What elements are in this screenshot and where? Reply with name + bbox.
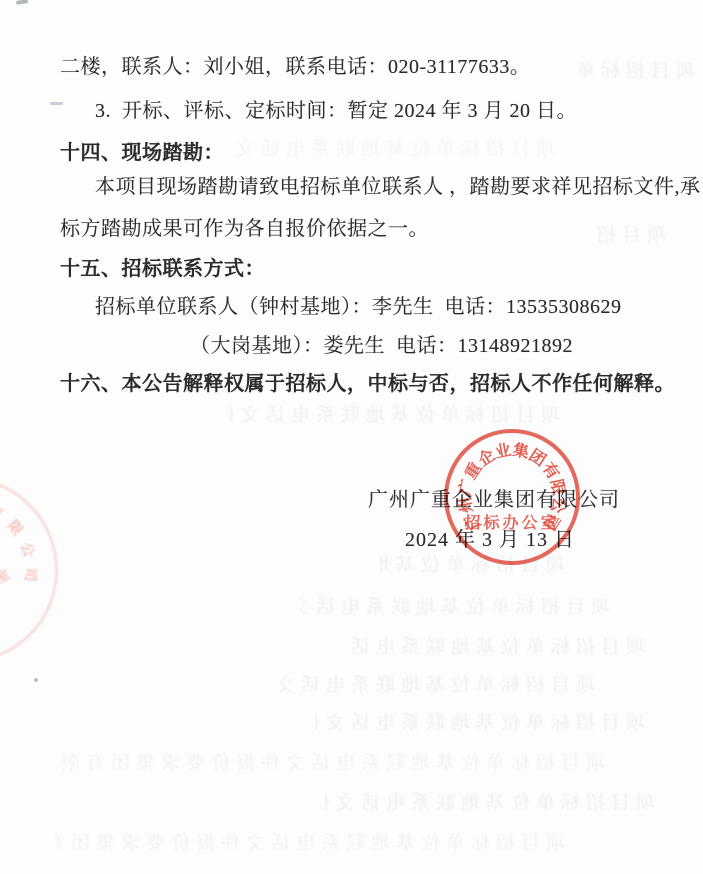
scan-artifact bbox=[16, 0, 28, 5]
section-14-heading: 十四、现场踏勘： bbox=[60, 140, 224, 166]
partial-seal-stamp: 广 州 广 重 企 业 集 团 有 限 公 司 招标办公室 bbox=[0, 444, 91, 696]
contact-address-line: 二楼，联系人：刘小姐，联系电话：020-31177633。 bbox=[60, 54, 530, 80]
site-visit-paragraph-line-2: 标方踏勘成果可作为各自报价依据之一。 bbox=[60, 216, 429, 242]
partial-seal-office-label: 招标办公室 bbox=[0, 563, 15, 617]
bleedthrough-glyphs: 项目招标单位基地联系电话文件报价要求集团有限公司 bbox=[580, 61, 695, 78]
bleedthrough-row: 项目招标单位基地联系电话文件报价要求集团有限公司 bbox=[325, 788, 655, 810]
bleedthrough-glyphs: 项目招标单位基地联系电话文件报价要求集团有限公司 bbox=[300, 597, 610, 614]
scan-artifact bbox=[34, 678, 38, 682]
company-seal-stamp: 广 州 广 重 企 业 集 团 有 限 公 司 招标办公室 bbox=[444, 429, 580, 565]
bleedthrough-row: 项目招标单位基地联系电话文件报价要求集团有限公司 bbox=[60, 748, 605, 770]
seal-arc-char: 公 bbox=[16, 540, 39, 559]
seal-arc-char: 司 bbox=[20, 567, 41, 582]
bleedthrough-glyphs: 项目招标单位基地联系电话文件报价要求集团有限公司 bbox=[345, 637, 645, 654]
section-15-heading: 十五、招标联系方式： bbox=[60, 256, 265, 282]
bleedthrough-row: 项目招标单位基地联系电话文件报价要求集团有限公司 bbox=[580, 56, 695, 78]
bid-opening-time-line: 3. 开标、评标、定标时间：暂定 2024 年 3 月 20 日。 bbox=[95, 98, 577, 124]
bleedthrough-glyphs: 项目招标单位基地联系电话文件报价要求集团有限公司 bbox=[230, 405, 560, 422]
partial-seal-arc-text: 广 州 广 重 企 业 集 团 有 限 公 司 bbox=[0, 448, 2, 533]
scanned-document-page: 项目招标单位基地联系电话文件报价要求集团有限公司 项目招标单位基地联系电话文件报… bbox=[0, 0, 703, 874]
bleedthrough-row: 项目招标单位基地联系电话文件报价要求集团有限公司 bbox=[596, 220, 666, 242]
bleedthrough-glyphs: 项目招标单位基地联系电话文件报价要求集团有限公司 bbox=[325, 793, 655, 810]
bleedthrough-glyphs: 项目招标单位基地联系电话文件报价要求集团有限公司 bbox=[60, 753, 605, 770]
bleedthrough-row: 项目招标单位基地联系电话文件报价要求集团有限公司 bbox=[235, 134, 555, 156]
bleedthrough-glyphs: 项目招标单位基地联系电话文件报价要求集团有限公司 bbox=[596, 225, 666, 242]
seal-arc-char: 限 bbox=[3, 516, 27, 540]
bleedthrough-row: 项目招标单位基地联系电话文件报价要求集团有限公司 bbox=[300, 592, 610, 614]
bleedthrough-row: 项目招标单位基地联系电话文件报价要求集团有限公司 bbox=[280, 670, 595, 692]
bleedthrough-row: 项目招标单位基地联系电话文件报价要求集团有限公司 bbox=[55, 828, 565, 850]
seal-office-label: 招标办公室 bbox=[464, 510, 559, 533]
bleedthrough-glyphs: 项目招标单位基地联系电话文件报价要求集团有限公司 bbox=[315, 713, 645, 730]
seal-arc-char: 业 bbox=[493, 437, 513, 463]
bleedthrough-glyphs: 项目招标单位基地联系电话文件报价要求集团有限公司 bbox=[235, 139, 555, 156]
bleedthrough-glyphs: 项目招标单位基地联系电话文件报价要求集团有限公司 bbox=[280, 675, 595, 692]
site-visit-paragraph-line-1: 本项目现场踏勘请致电招标单位联系人 ，踏勘要求祥见招标文件,承 bbox=[95, 174, 701, 200]
bleedthrough-row: 项目招标单位基地联系电话文件报价要求集团有限公司 bbox=[230, 400, 560, 422]
bleedthrough-row: 项目招标单位基地联系电话文件报价要求集团有限公司 bbox=[315, 708, 645, 730]
contact-dagang-line: （大岗基地）：娄先生 电话：13148921892 bbox=[190, 333, 573, 359]
section-16-heading: 十六、本公告解释权属于招标人，中标与否，招标人不作任何解释。 bbox=[60, 371, 675, 397]
seal-arc-char: 有 bbox=[0, 500, 7, 524]
scan-artifact bbox=[50, 102, 63, 105]
bleedthrough-row: 项目招标单位基地联系电话文件报价要求集团有限公司 bbox=[345, 632, 645, 654]
seal-arc-char: 限 bbox=[546, 477, 572, 497]
contact-zhongcun-line: 招标单位联系人（钟村基地）：李先生 电话：13535308629 bbox=[95, 294, 622, 320]
bleedthrough-glyphs: 项目招标单位基地联系电话文件报价要求集团有限公司 bbox=[55, 833, 565, 850]
